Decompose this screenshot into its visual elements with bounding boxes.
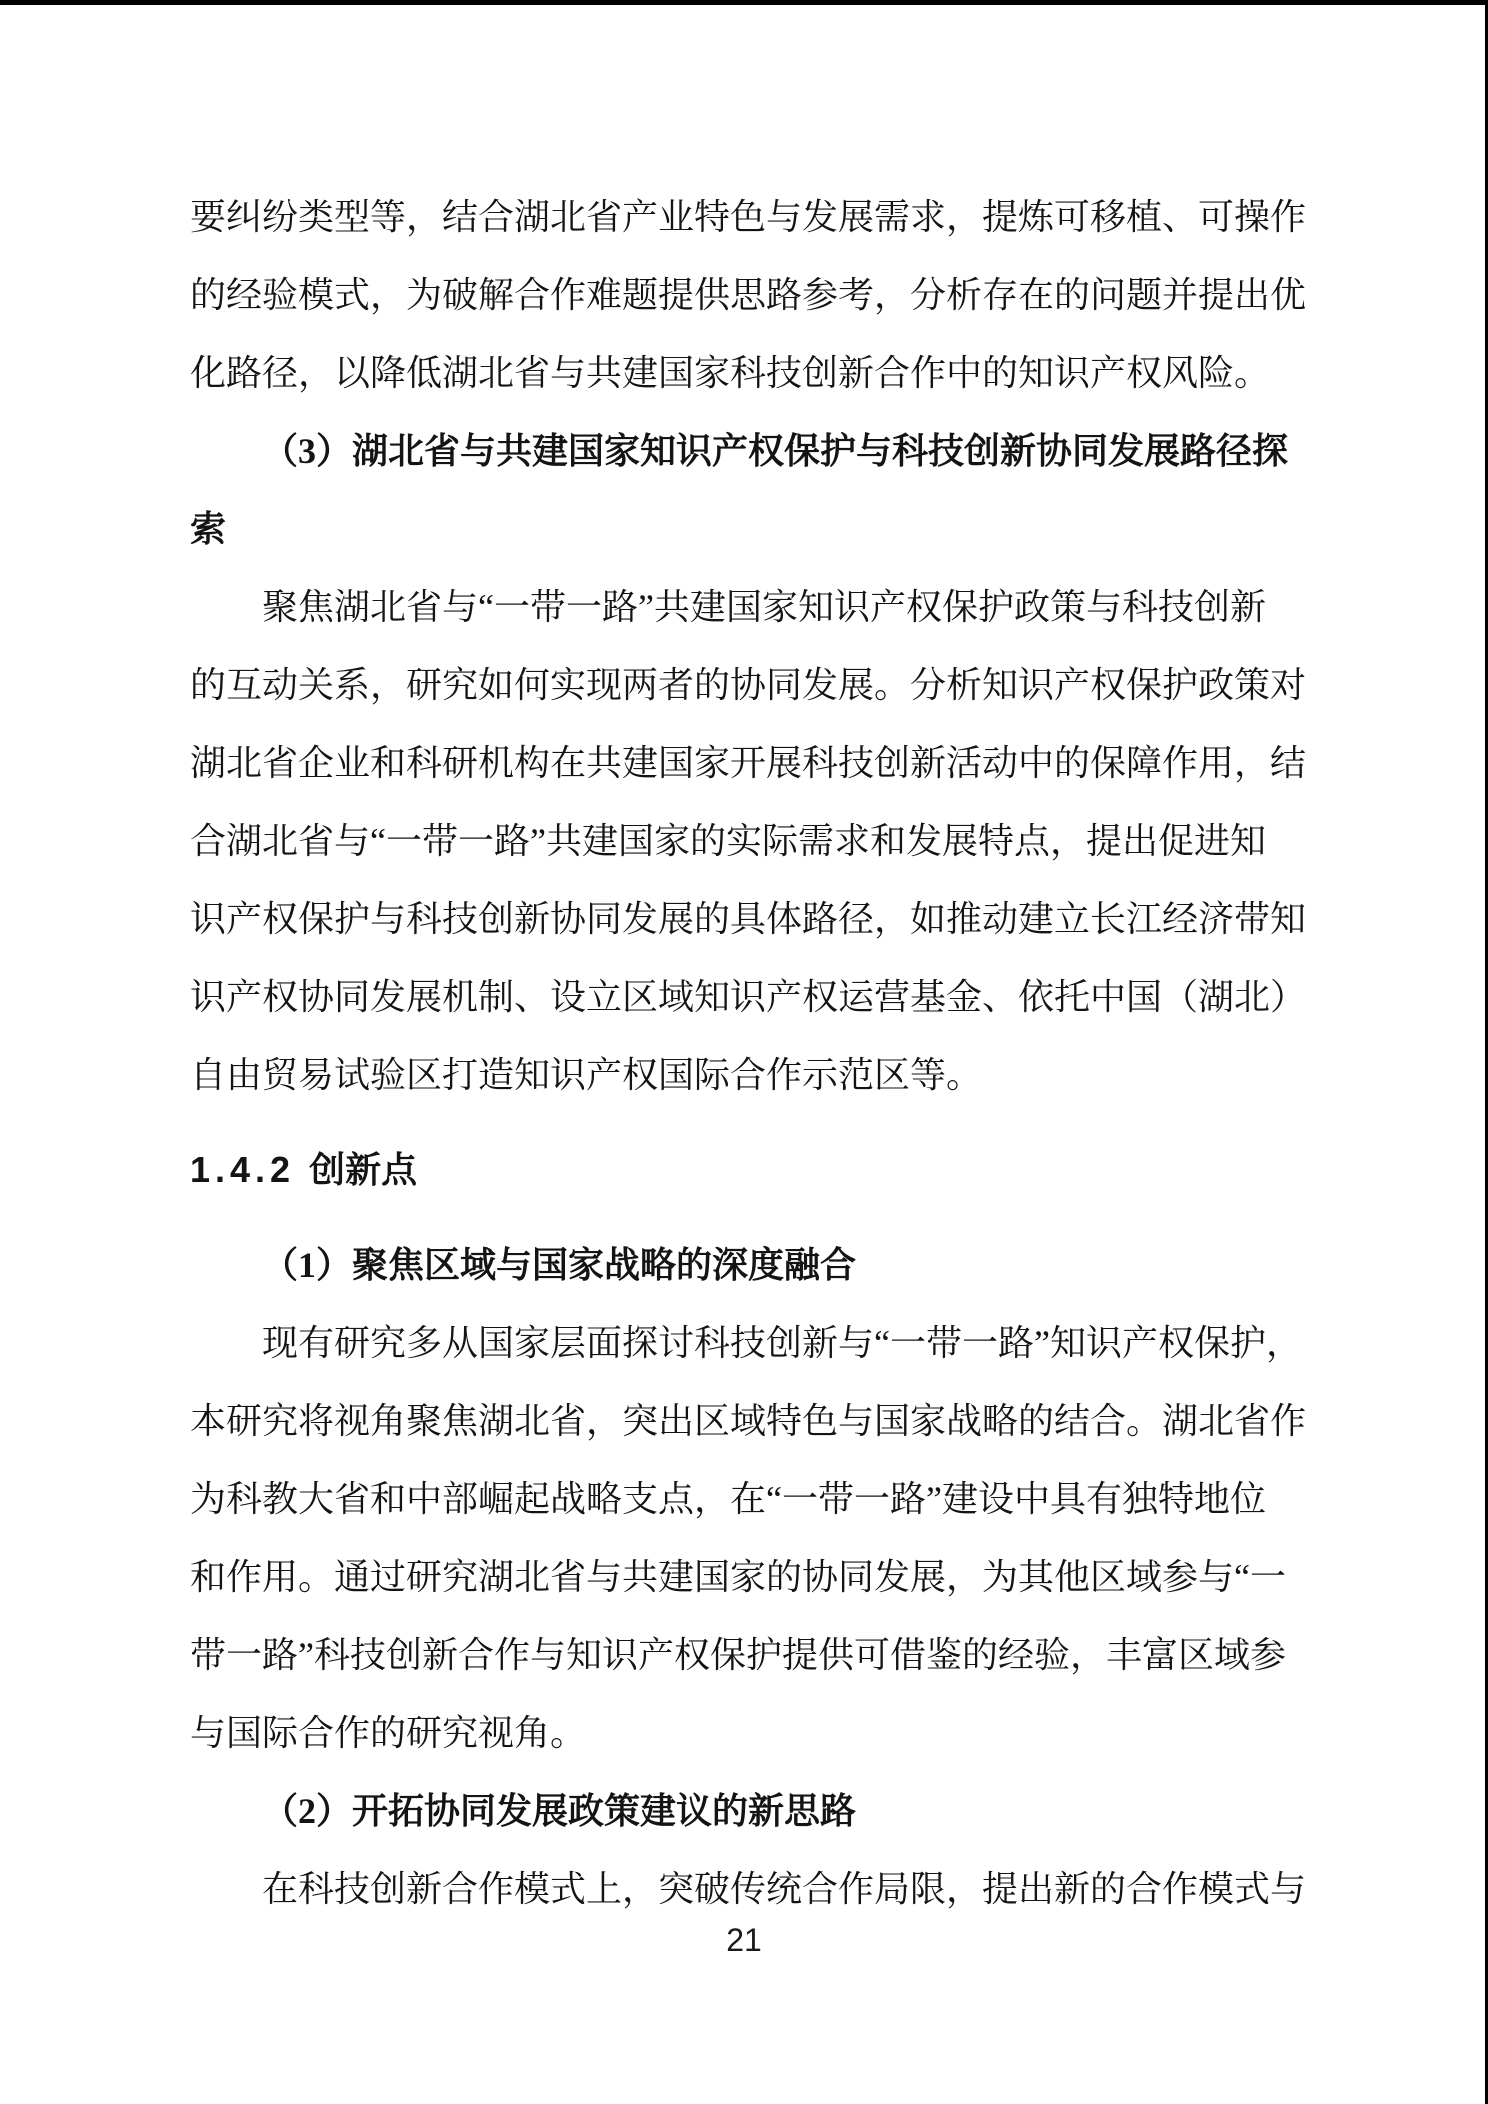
section-number: 1.4.2 [190, 1149, 295, 1190]
document-page: 要纠纷类型等，结合湖北省产业特色与发展需求，提炼可移植、可操作 的经验模式，为破… [0, 0, 1488, 2104]
paragraph-line: 与国际合作的研究视角。 [190, 1694, 1320, 1772]
paragraph-line: 识产权保护与科技创新协同发展的具体路径，如推动建立长江经济带知 [190, 880, 1320, 958]
paragraph-line: 为科教大省和中部崛起战略支点，在“一带一路”建设中具有独特地位 [190, 1460, 1320, 1538]
section-heading-142: 1.4.2创新点 [190, 1131, 1320, 1209]
paragraph-line: 在科技创新合作模式上，突破传统合作局限，提出新的合作模式与 [190, 1850, 1320, 1928]
paragraph-line: 和作用。通过研究湖北省与共建国家的协同发展，为其他区域参与“一 [190, 1538, 1320, 1616]
page-number: 21 [0, 1922, 1488, 1959]
paragraph-line: 的经验模式，为破解合作难题提供思路参考，分析存在的问题并提出优 [190, 256, 1320, 334]
subsection-heading-3-continued: 索 [190, 490, 1320, 568]
paragraph-line: 识产权协同发展机制、设立区域知识产权运营基金、依托中国（湖北） [190, 958, 1320, 1036]
paragraph-line: 带一路”科技创新合作与知识产权保护提供可借鉴的经验，丰富区域参 [190, 1616, 1320, 1694]
paragraph-line: 要纠纷类型等，结合湖北省产业特色与发展需求，提炼可移植、可操作 [190, 178, 1320, 256]
subsection-heading-2: （2）开拓协同发展政策建议的新思路 [190, 1772, 1320, 1850]
paragraph-line: 本研究将视角聚焦湖北省，突出区域特色与国家战略的结合。湖北省作 [190, 1382, 1320, 1460]
paragraph-line: 合湖北省与“一带一路”共建国家的实际需求和发展特点，提出促进知 [190, 802, 1320, 880]
paragraph-line: 聚焦湖北省与“一带一路”共建国家知识产权保护政策与科技创新 [190, 568, 1320, 646]
subsection-heading-3: （3）湖北省与共建国家知识产权保护与科技创新协同发展路径探 [190, 412, 1320, 490]
section-title: 创新点 [309, 1150, 417, 1190]
paragraph-line: 自由贸易试验区打造知识产权国际合作示范区等。 [190, 1036, 1320, 1114]
page-content: 要纠纷类型等，结合湖北省产业特色与发展需求，提炼可移植、可操作 的经验模式，为破… [190, 178, 1320, 1928]
paragraph-line: 现有研究多从国家层面探讨科技创新与“一带一路”知识产权保护， [190, 1304, 1320, 1382]
page-top-border [0, 0, 1488, 5]
paragraph-line: 湖北省企业和科研机构在共建国家开展科技创新活动中的保障作用，结 [190, 724, 1320, 802]
subsection-heading-1: （1）聚焦区域与国家战略的深度融合 [190, 1226, 1320, 1304]
paragraph-line: 化路径，以降低湖北省与共建国家科技创新合作中的知识产权风险。 [190, 334, 1320, 412]
paragraph-line: 的互动关系，研究如何实现两者的协同发展。分析知识产权保护政策对 [190, 646, 1320, 724]
